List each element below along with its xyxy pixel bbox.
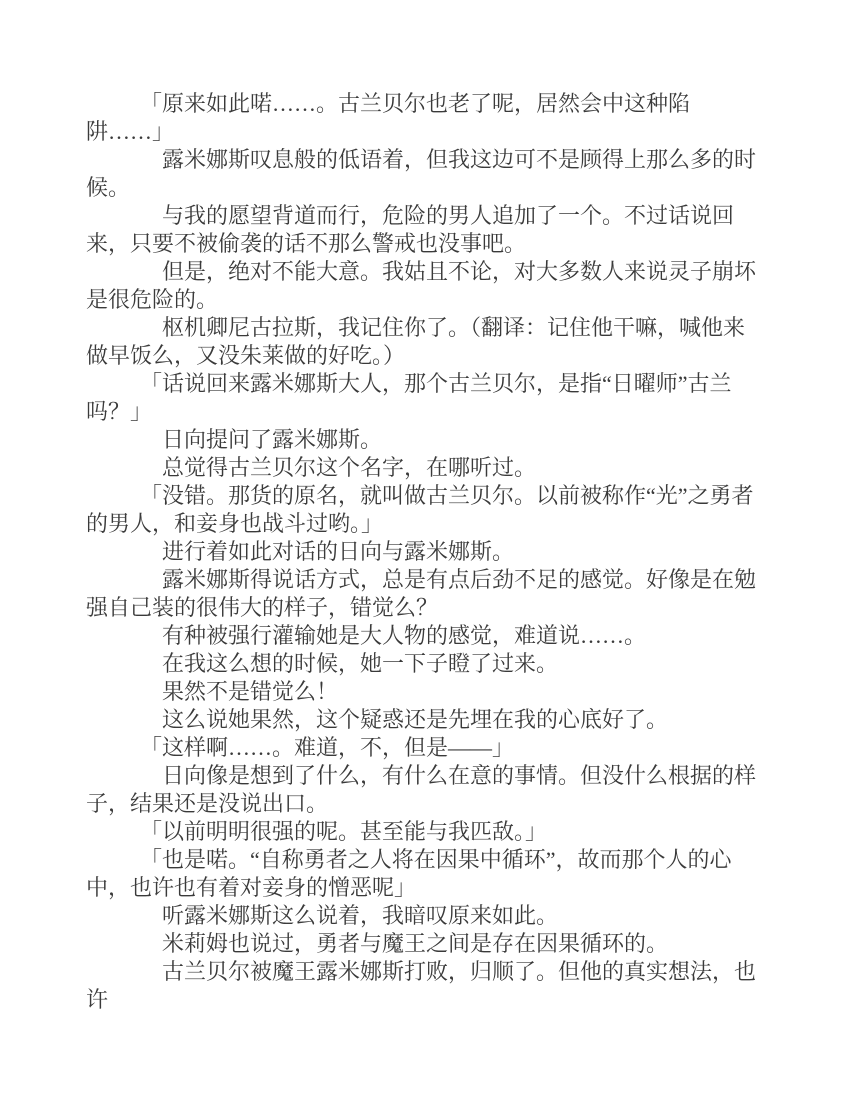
novel-paragraph: 露米娜斯得说话方式，总是有点后劲不足的感觉。好像是在勉强自己装的很伟大的样子，错… — [86, 566, 766, 622]
novel-paragraph: 古兰贝尔被魔王露米娜斯打败，归顺了。但他的真实想法，也许 — [86, 958, 766, 1014]
novel-paragraph: 「也是喏。“自称勇者之人将在因果中循环”，故而那个人的心中，也许也有着对妾身的憎… — [86, 846, 766, 902]
novel-paragraph: 枢机卿尼古拉斯，我记住你了。（翻译：记住他干嘛，喊他来做早饭么，又没朱莱做的好吃… — [86, 314, 766, 370]
novel-paragraph: 这么说她果然，这个疑惑还是先埋在我的心底好了。 — [86, 706, 766, 734]
novel-paragraph: 听露米娜斯这么说着，我暗叹原来如此。 — [86, 902, 766, 930]
page-text: 「原来如此喏……。古兰贝尔也老了呢，居然会中这种陷阱……」 露米娜斯叹息般的低语… — [86, 90, 766, 1014]
novel-paragraph: 总觉得古兰贝尔这个名字，在哪听过。 — [86, 454, 766, 482]
novel-paragraph: 「没错。那货的原名，就叫做古兰贝尔。以前被称作“光”之勇者的男人，和妾身也战斗过… — [86, 482, 766, 538]
novel-paragraph: 进行着如此对话的日向与露米娜斯。 — [86, 538, 766, 566]
novel-paragraph: 日向像是想到了什么，有什么在意的事情。但没什么根据的样子，结果还是没说出口。 — [86, 762, 766, 818]
novel-paragraph: 「话说回来露米娜斯大人，那个古兰贝尔，是指“日曜师”古兰吗？」 — [86, 370, 766, 426]
novel-paragraph: 但是，绝对不能大意。我姑且不论，对大多数人来说灵子崩坏是很危险的。 — [86, 258, 766, 314]
novel-paragraph: 在我这么想的时候，她一下子瞪了过来。 — [86, 650, 766, 678]
novel-paragraph: 有种被强行灌输她是大人物的感觉，难道说……。 — [86, 622, 766, 650]
novel-paragraph: 果然不是错觉么！ — [86, 678, 766, 706]
novel-paragraph: 露米娜斯叹息般的低语着，但我这边可不是顾得上那么多的时候。 — [86, 146, 766, 202]
document-page: 「原来如此喏……。古兰贝尔也老了呢，居然会中这种陷阱……」 露米娜斯叹息般的低语… — [0, 0, 850, 1100]
novel-paragraph: 「这样啊……。难道，不，但是——」 — [86, 734, 766, 762]
novel-paragraph: 「以前明明很强的呢。甚至能与我匹敌。」 — [86, 818, 766, 846]
novel-paragraph: 日向提问了露米娜斯。 — [86, 426, 766, 454]
novel-paragraph: 「原来如此喏……。古兰贝尔也老了呢，居然会中这种陷阱……」 — [86, 90, 766, 146]
novel-paragraph: 与我的愿望背道而行，危险的男人追加了一个。不过话说回来，只要不被偷袭的话不那么警… — [86, 202, 766, 258]
novel-paragraph: 米莉姆也说过，勇者与魔王之间是存在因果循环的。 — [86, 930, 766, 958]
